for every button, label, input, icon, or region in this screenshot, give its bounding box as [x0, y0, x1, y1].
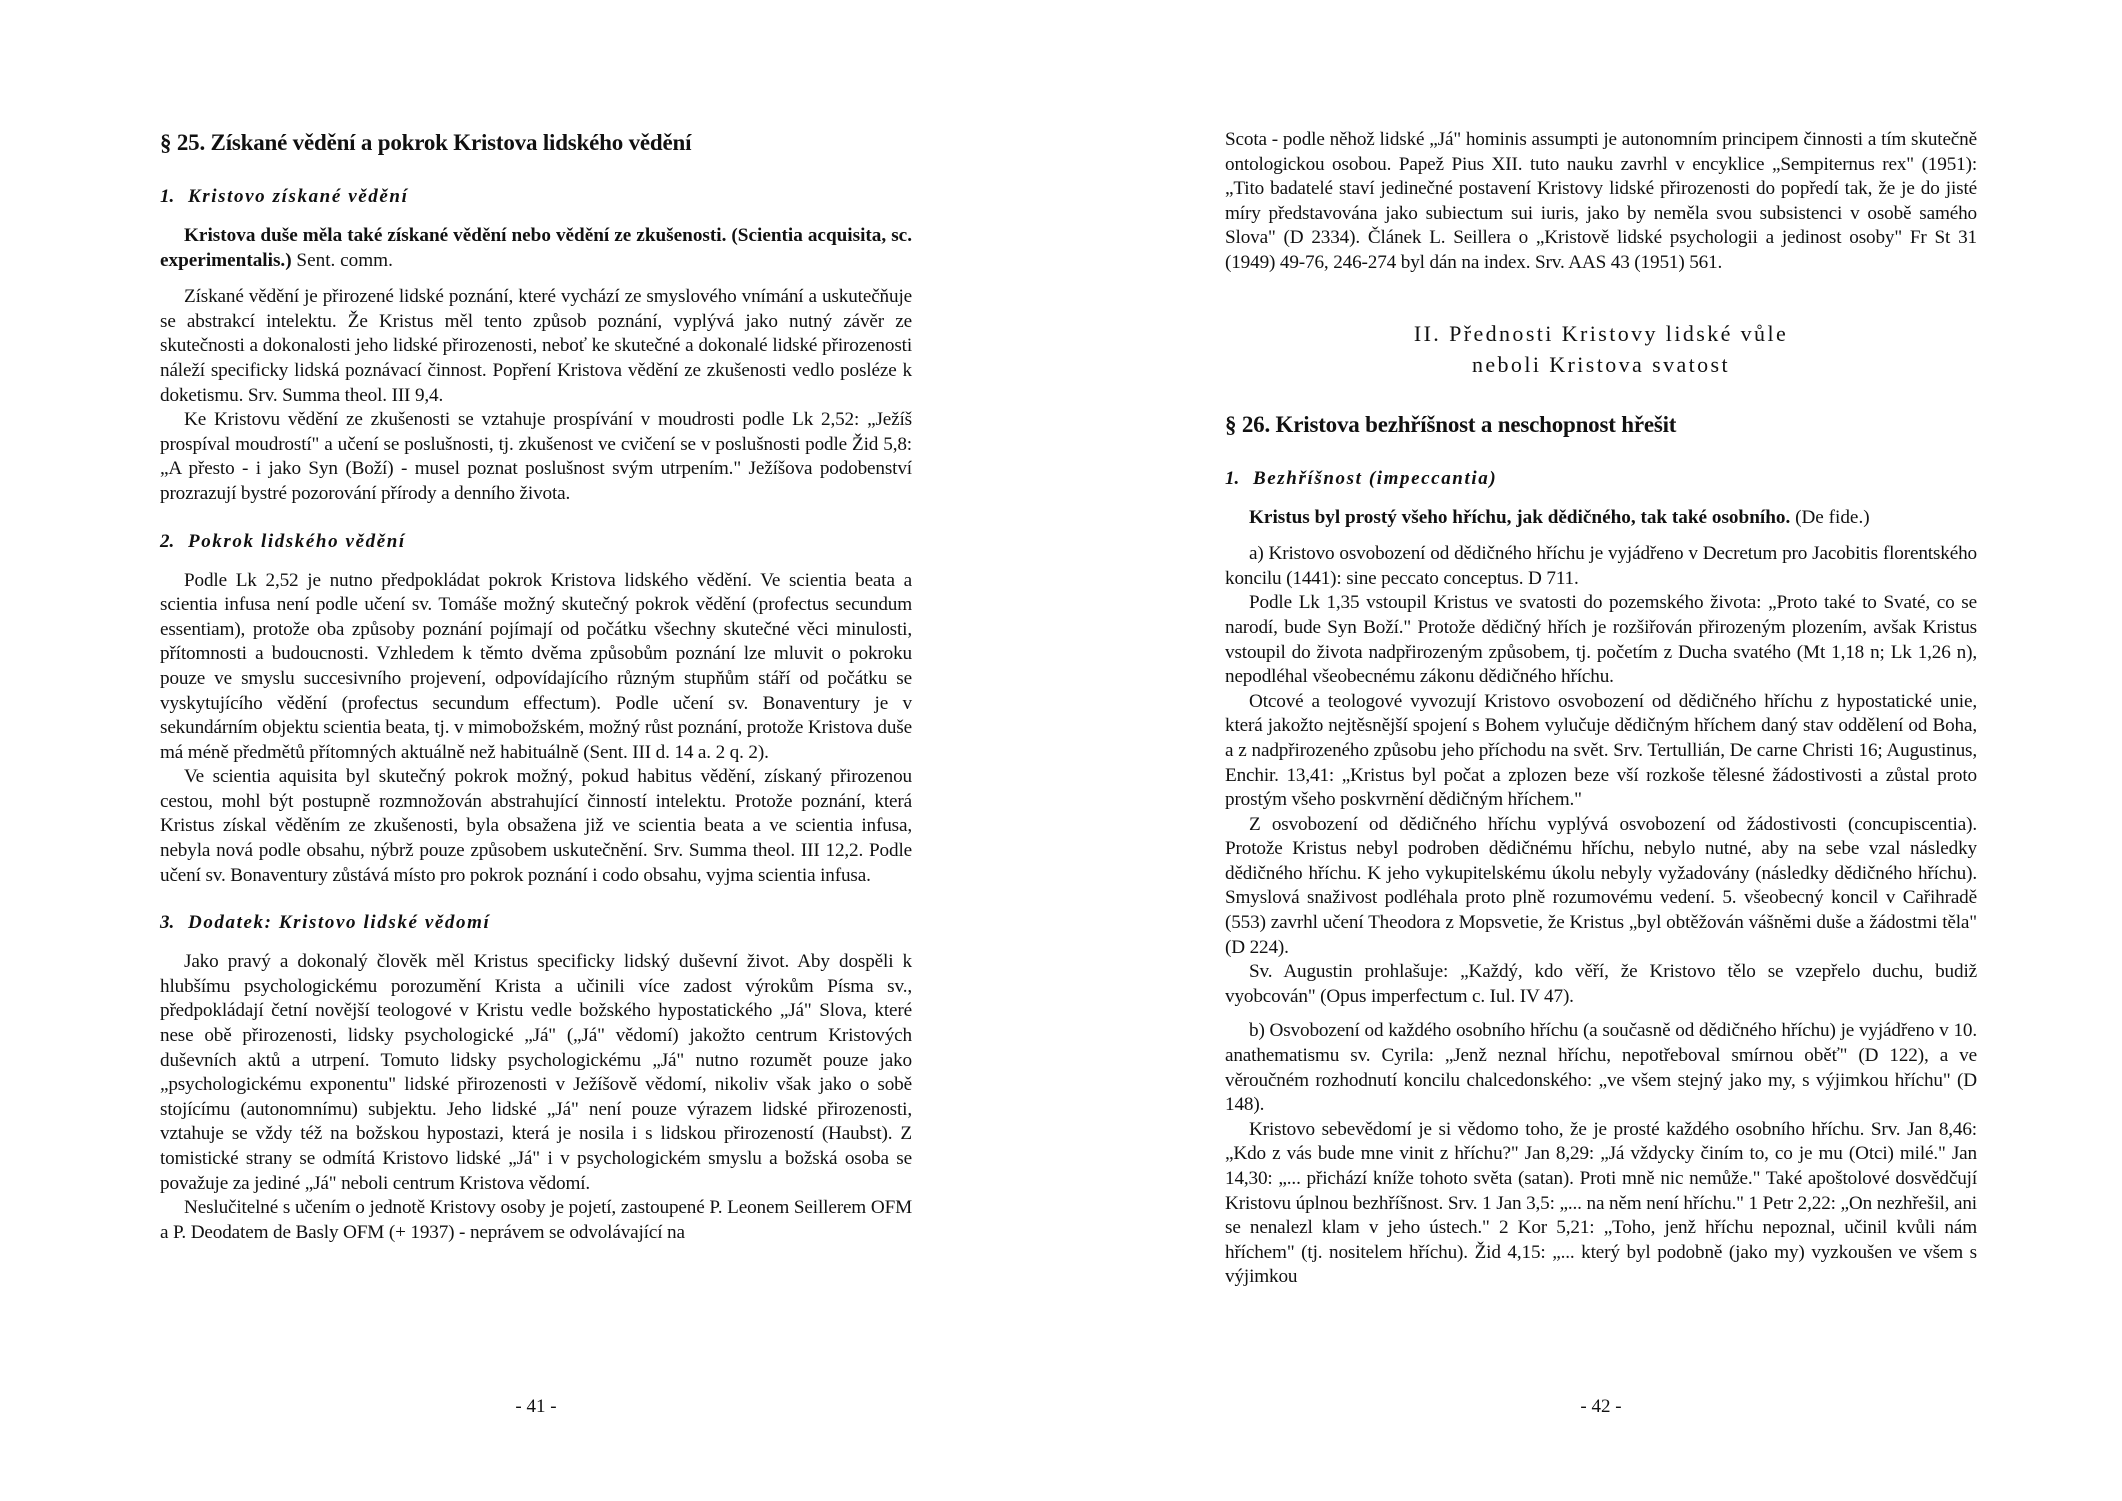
paragraph: Otcové a teologové vyvozují Kristovo osv…: [1225, 690, 1977, 813]
subsection-number: 1.: [1225, 466, 1253, 492]
thesis-statement: Kristova duše měla také získané vědění n…: [160, 224, 912, 273]
spacer: [160, 888, 912, 910]
right-page-content: Scota - podle něhož lidské „Já" hominis …: [1225, 128, 1977, 1290]
paragraph: Jako pravý a dokonalý člověk měl Kristus…: [160, 950, 912, 1196]
thesis-statement: Kristus byl prostý všeho hříchu, jak děd…: [1225, 506, 1977, 531]
thesis-bold: Kristus byl prostý všeho hříchu, jak děd…: [1249, 507, 1790, 528]
continuation-paragraph: Scota - podle něhož lidské „Já" hominis …: [1225, 128, 1977, 276]
left-page-content: § 25. Získané vědění a pokrok Kristova l…: [160, 128, 912, 1245]
left-page: § 25. Získané vědění a pokrok Kristova l…: [160, 0, 912, 1501]
paragraph: Neslučitelné s učením o jednotě Kristovy…: [160, 1196, 912, 1245]
subsection-title: Pokrok lidského vědění: [188, 531, 406, 552]
paragraph: Z osvobození od dědičného hříchu vyplývá…: [1225, 813, 1977, 961]
paragraph: a) Kristovo osvobození od dědičného hříc…: [1225, 542, 1977, 591]
section-title-25: § 25. Získané vědění a pokrok Kristova l…: [160, 128, 912, 158]
part-title: II. Přednosti Kristovy lidské vůle nebol…: [1225, 318, 1977, 380]
paragraph: b) Osvobození od každého osobního hříchu…: [1225, 1019, 1977, 1117]
subsection-heading-2: 2.Pokrok lidského vědění: [160, 529, 912, 555]
subsection-number: 3.: [160, 910, 188, 936]
section-title-26: § 26. Kristova bezhříšnost a neschopnost…: [1225, 410, 1977, 440]
paragraph: Sv. Augustin prohlašuje: „Každý, kdo věř…: [1225, 960, 1977, 1009]
subsection-heading-1: 1.Kristovo získané vědění: [160, 184, 912, 210]
thesis-note: (De fide.): [1790, 507, 1869, 528]
paragraph: Získané vědění je přirozené lidské pozná…: [160, 285, 912, 408]
thesis-bold: Kristova duše měla také získané vědění n…: [160, 225, 912, 271]
subsection-heading-3: 3.Dodatek: Kristovo lidské vědomí: [160, 910, 912, 936]
part-title-line: neboli Kristova svatost: [1225, 349, 1977, 380]
subsection-heading-1: 1.Bezhříšnost (impeccantia): [1225, 466, 1977, 492]
paragraph: Podle Lk 1,35 vstoupil Kristus ve svatos…: [1225, 591, 1977, 689]
subsection-number: 1.: [160, 184, 188, 210]
spacer: [160, 507, 912, 529]
right-page: Scota - podle něhož lidské „Já" hominis …: [1225, 0, 1977, 1501]
thesis-note: Sent. comm.: [292, 250, 393, 271]
subsection-title: Bezhříšnost (impeccantia): [1253, 468, 1497, 489]
paragraph: Podle Lk 2,52 je nutno předpokládat pokr…: [160, 569, 912, 766]
paragraph: Ve scientia aquisita byl skutečný pokrok…: [160, 765, 912, 888]
page-number: - 42 -: [1225, 1395, 1977, 1419]
subsection-number: 2.: [160, 529, 188, 555]
part-title-line: II. Přednosti Kristovy lidské vůle: [1225, 318, 1977, 349]
subsection-title: Kristovo získané vědění: [188, 186, 408, 207]
page-number: - 41 -: [160, 1395, 912, 1419]
paragraph: Ke Kristovu vědění ze zkušenosti se vzta…: [160, 408, 912, 506]
subsection-title: Dodatek: Kristovo lidské vědomí: [188, 912, 490, 933]
paragraph: Kristovo sebevědomí je si vědomo toho, ž…: [1225, 1118, 1977, 1290]
